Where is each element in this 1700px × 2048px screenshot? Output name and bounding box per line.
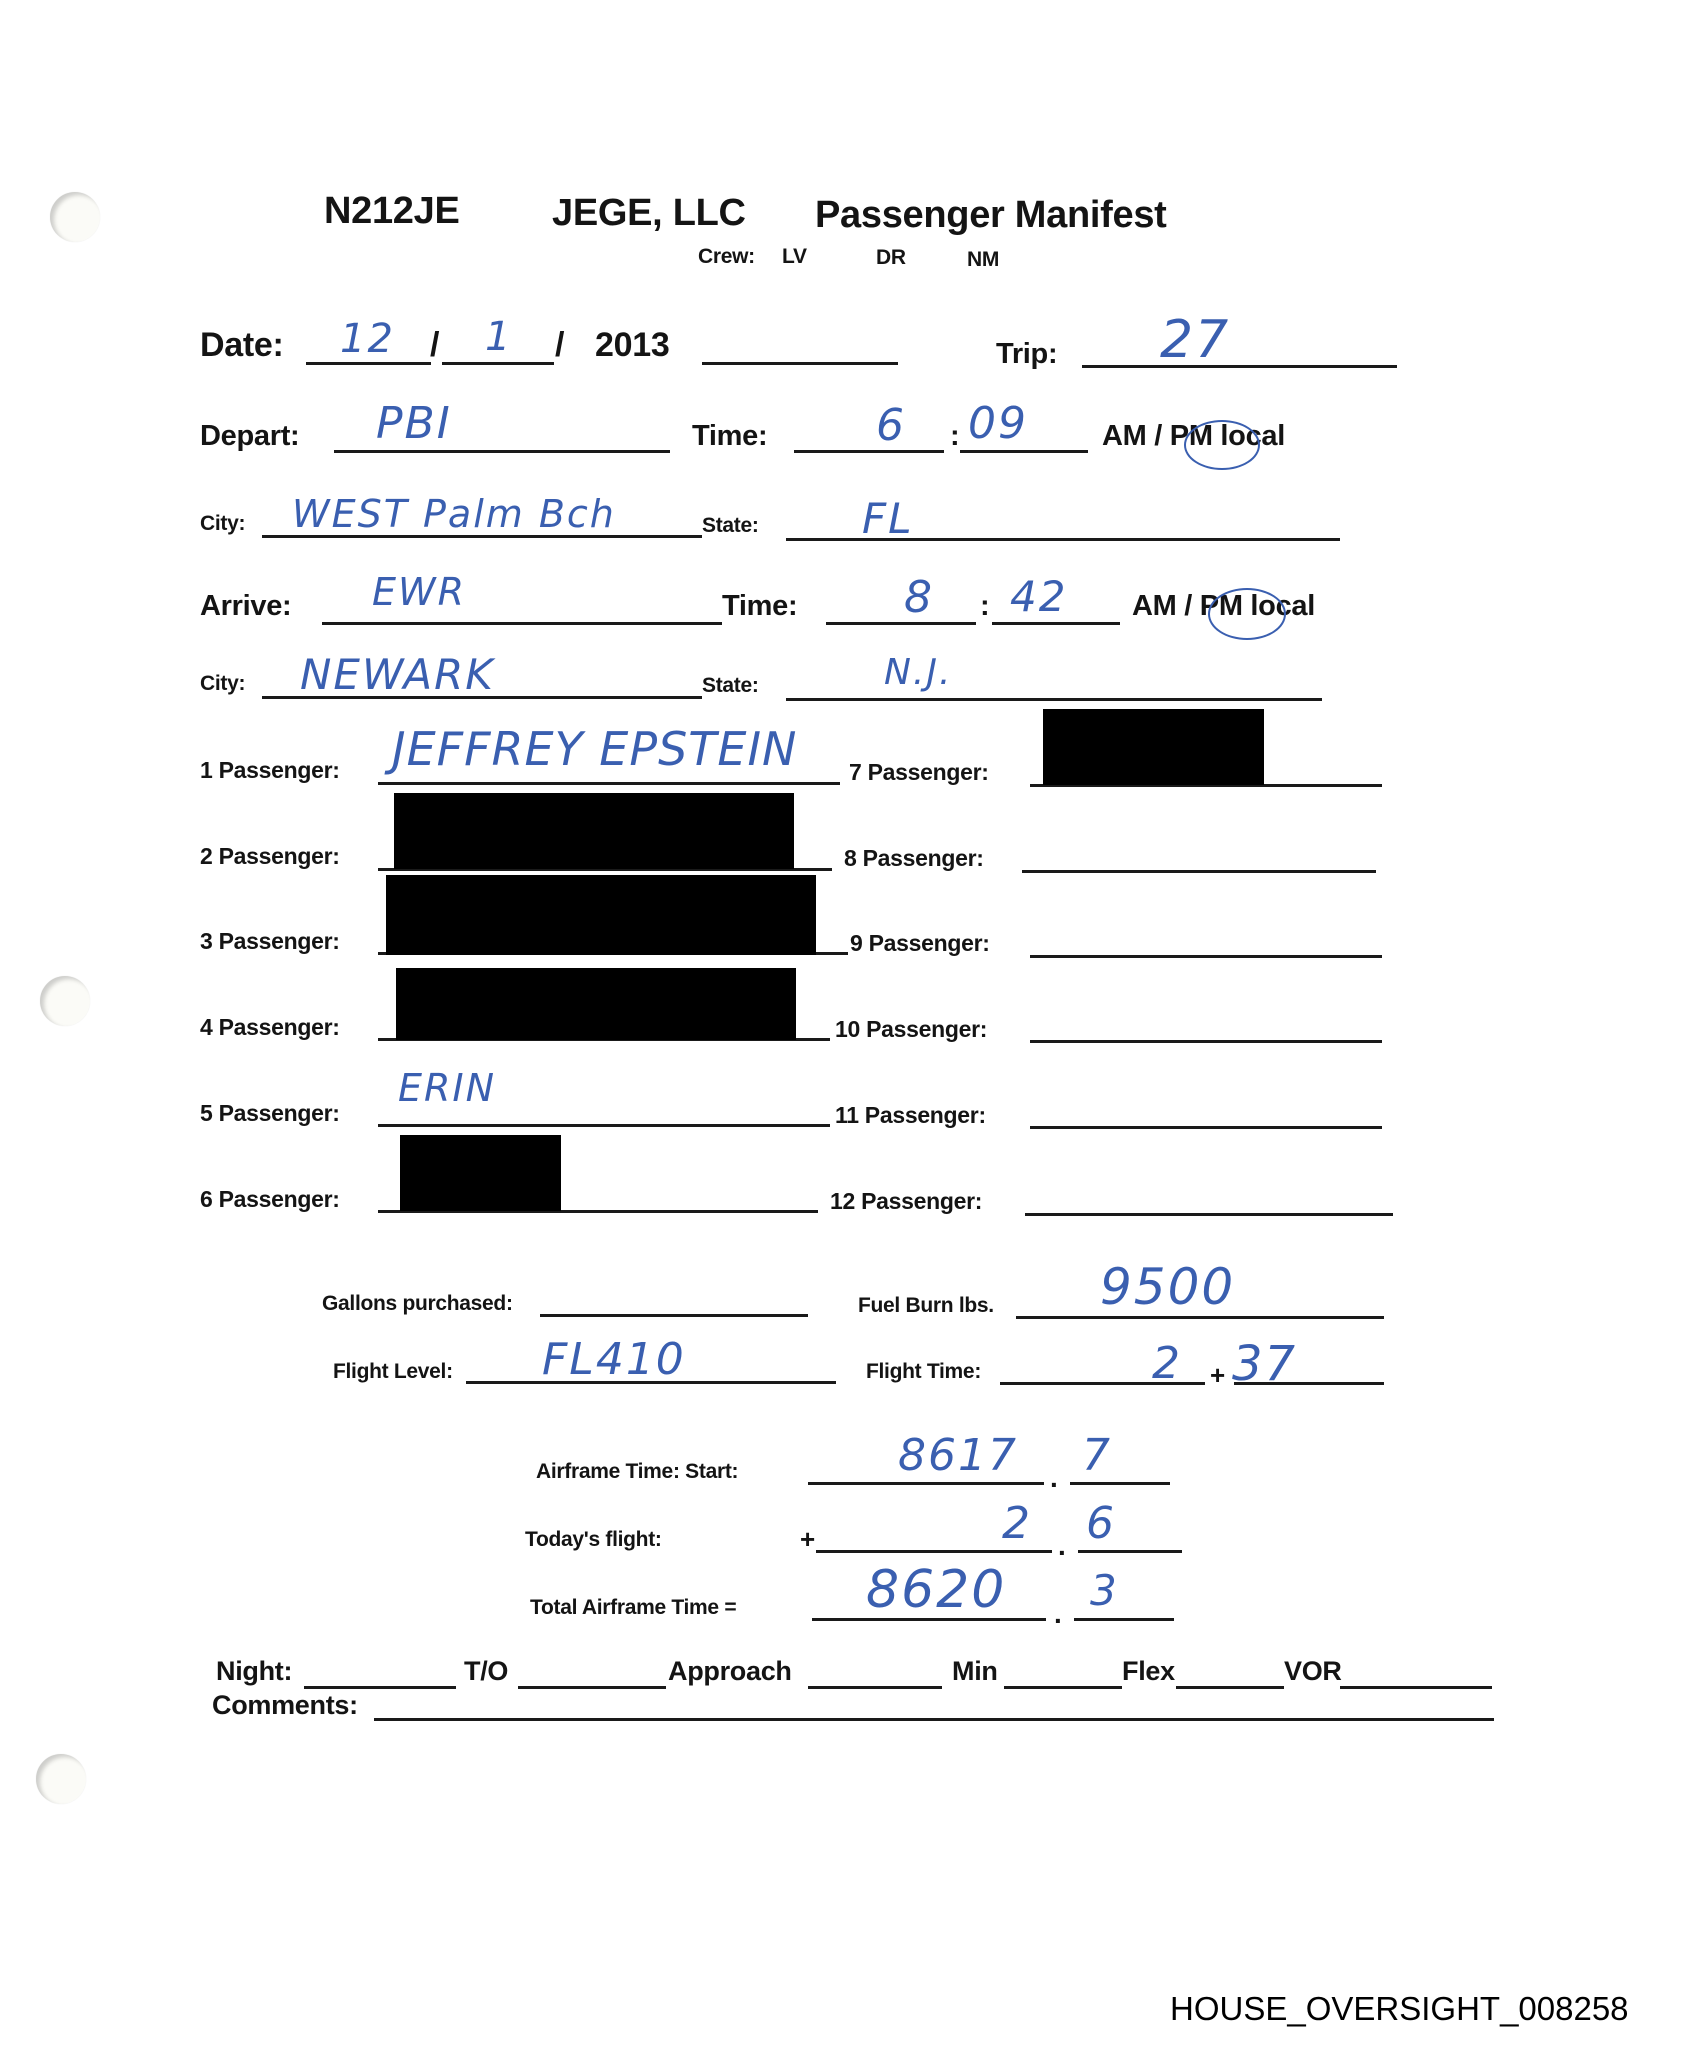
passenger-11-field[interactable] — [1030, 1126, 1382, 1129]
total-airframe-label: Total Airframe Time = — [530, 1596, 736, 1620]
fuel-burn-field[interactable] — [1016, 1316, 1384, 1319]
passenger-3-label: 3 Passenger: — [200, 928, 340, 955]
crew-label: Crew: — [698, 245, 755, 269]
manifest-page: N212JE JEGE, LLC Passenger Manifest Crew… — [0, 0, 1700, 2048]
arrive-city-label: City: — [200, 672, 245, 696]
flight-time-label: Flight Time: — [866, 1360, 981, 1384]
depart-state-value: FL — [862, 494, 914, 543]
passenger-1-field[interactable] — [378, 782, 840, 785]
approach-field[interactable] — [808, 1686, 942, 1689]
takeoff-label: T/O — [464, 1656, 508, 1687]
approach-label: Approach — [668, 1656, 792, 1687]
takeoff-field[interactable] — [518, 1686, 666, 1689]
depart-pm-circle — [1184, 420, 1260, 470]
todays-flight-tenth-field[interactable] — [1078, 1550, 1182, 1553]
date-day-value: 1 — [485, 314, 512, 360]
depart-hour-value: 6 — [876, 400, 906, 451]
passenger-8-field[interactable] — [1022, 870, 1376, 873]
trip-field[interactable] — [1082, 365, 1397, 368]
passenger-1-value: JEFFREY EPSTEIN — [392, 722, 797, 776]
passenger-5-label: 5 Passenger: — [200, 1100, 340, 1127]
date-year: 2013 — [595, 326, 669, 365]
depart-minute-field[interactable] — [960, 450, 1088, 453]
passenger-5-field[interactable] — [378, 1124, 830, 1127]
vor-label: VOR — [1284, 1656, 1342, 1687]
flight-time-minutes: 37 — [1232, 1336, 1297, 1392]
tail-number: N212JE — [324, 190, 460, 233]
trip-label: Trip: — [996, 338, 1057, 371]
passenger-10-field[interactable] — [1030, 1040, 1382, 1043]
flex-label: Flex — [1122, 1656, 1175, 1687]
passenger-5-value: ERIN — [398, 1066, 496, 1110]
passenger-6-redaction — [400, 1135, 561, 1211]
depart-time-colon: : — [950, 420, 959, 453]
form-title: Passenger Manifest — [815, 194, 1167, 237]
flight-level-label: Flight Level: — [333, 1360, 453, 1384]
arrive-state-value: N.J. — [884, 652, 952, 693]
passenger-3-redaction — [386, 875, 816, 955]
total-airframe-tenth: 3 — [1090, 1566, 1119, 1615]
passenger-1-label: 1 Passenger: — [200, 757, 340, 784]
flight-time-plus: + — [1210, 1360, 1225, 1391]
flex-field[interactable] — [1176, 1686, 1284, 1689]
passenger-12-label: 12 Passenger: — [830, 1188, 982, 1215]
fuel-burn-label: Fuel Burn lbs. — [858, 1294, 994, 1318]
fuel-burn-value: 9500 — [1100, 1258, 1235, 1316]
total-airframe-dot: . — [1054, 1598, 1061, 1630]
hole-punch-middle — [40, 976, 90, 1026]
night-field[interactable] — [304, 1686, 456, 1689]
todays-flight-label: Today's flight: — [525, 1528, 662, 1552]
passenger-4-label: 4 Passenger: — [200, 1014, 340, 1041]
passenger-9-field[interactable] — [1030, 955, 1382, 958]
todays-flight-whole: 2 — [1002, 1498, 1032, 1549]
night-label: Night: — [216, 1656, 292, 1687]
airframe-start-whole-field[interactable] — [808, 1482, 1044, 1485]
date-month-value: 12 — [340, 316, 395, 362]
flight-time-hours: 2 — [1152, 1338, 1182, 1389]
passenger-4-redaction — [396, 968, 796, 1040]
total-airframe-whole: 8620 — [866, 1560, 1006, 1620]
passenger-8-label: 8 Passenger: — [844, 845, 984, 872]
crew-member-2: DR — [876, 246, 906, 270]
arrive-time-label: Time: — [722, 590, 797, 623]
depart-minute-value: 09 — [968, 398, 1028, 449]
company-name: JEGE, LLC — [552, 192, 746, 235]
arrive-minute-field[interactable] — [992, 622, 1120, 625]
passenger-7-redaction — [1043, 709, 1264, 785]
arrive-hour-field[interactable] — [826, 622, 976, 625]
min-label: Min — [952, 1656, 998, 1687]
date-sep-1: / — [430, 326, 439, 365]
arrive-hour-value: 8 — [904, 572, 934, 623]
date-sep-2: / — [555, 326, 564, 365]
depart-city-value: WEST Palm Bch — [292, 492, 616, 536]
passenger-7-label: 7 Passenger: — [849, 759, 989, 786]
depart-time-label: Time: — [692, 420, 767, 453]
airframe-start-dot: . — [1050, 1462, 1057, 1494]
arrive-value: EWR — [372, 570, 466, 614]
crew-member-3: NM — [967, 248, 999, 272]
arrive-pm-circle — [1208, 588, 1286, 640]
arrive-state-label: State: — [702, 674, 759, 698]
arrive-city-value: NEWARK — [300, 650, 495, 699]
depart-field[interactable] — [334, 450, 670, 453]
depart-city-label: City: — [200, 512, 245, 536]
hole-punch-bottom — [36, 1754, 86, 1804]
arrive-field[interactable] — [322, 622, 722, 625]
gallons-purchased-field[interactable] — [540, 1314, 808, 1317]
airframe-start-label: Airframe Time: Start: — [536, 1460, 738, 1484]
gallons-purchased-label: Gallons purchased: — [322, 1292, 513, 1316]
todays-flight-dot: . — [1058, 1530, 1065, 1562]
trip-value: 27 — [1160, 310, 1230, 370]
todays-flight-plus: + — [800, 1524, 815, 1555]
arrive-label: Arrive: — [200, 590, 291, 623]
arrive-minute-value: 42 — [1010, 572, 1067, 621]
depart-label: Depart: — [200, 420, 299, 453]
comments-field[interactable] — [374, 1718, 1494, 1721]
depart-value: PBI — [376, 398, 452, 449]
airframe-start-tenth-field[interactable] — [1070, 1482, 1170, 1485]
passenger-9-label: 9 Passenger: — [850, 930, 990, 957]
passenger-10-label: 10 Passenger: — [835, 1016, 987, 1043]
depart-state-label: State: — [702, 514, 759, 538]
depart-hour-field[interactable] — [794, 450, 944, 453]
todays-flight-tenth: 6 — [1086, 1498, 1116, 1549]
arrive-time-colon: : — [980, 590, 989, 623]
date-month-field[interactable] — [306, 362, 431, 365]
vor-field[interactable] — [1340, 1686, 1492, 1689]
hole-punch-top — [50, 192, 100, 242]
todays-flight-whole-field[interactable] — [816, 1550, 1052, 1553]
comments-label: Comments: — [212, 1690, 358, 1721]
crew-member-1: LV — [782, 245, 807, 269]
passenger-6-label: 6 Passenger: — [200, 1186, 340, 1213]
passenger-12-field[interactable] — [1025, 1213, 1393, 1216]
passenger-2-label: 2 Passenger: — [200, 843, 340, 870]
passenger-2-redaction — [394, 793, 794, 869]
date-day-field[interactable] — [442, 362, 554, 365]
airframe-start-tenth: 7 — [1082, 1430, 1112, 1481]
total-airframe-tenth-field[interactable] — [1074, 1618, 1174, 1621]
min-field[interactable] — [1004, 1686, 1122, 1689]
arrive-state-field[interactable] — [786, 698, 1322, 701]
date-extra-line — [702, 362, 898, 365]
bates-number: HOUSE_OVERSIGHT_008258 — [1170, 1990, 1629, 2028]
airframe-start-whole: 8617 — [898, 1430, 1018, 1481]
date-label: Date: — [200, 326, 284, 365]
passenger-11-label: 11 Passenger: — [835, 1102, 986, 1129]
flight-level-value: FL410 — [542, 1334, 686, 1385]
